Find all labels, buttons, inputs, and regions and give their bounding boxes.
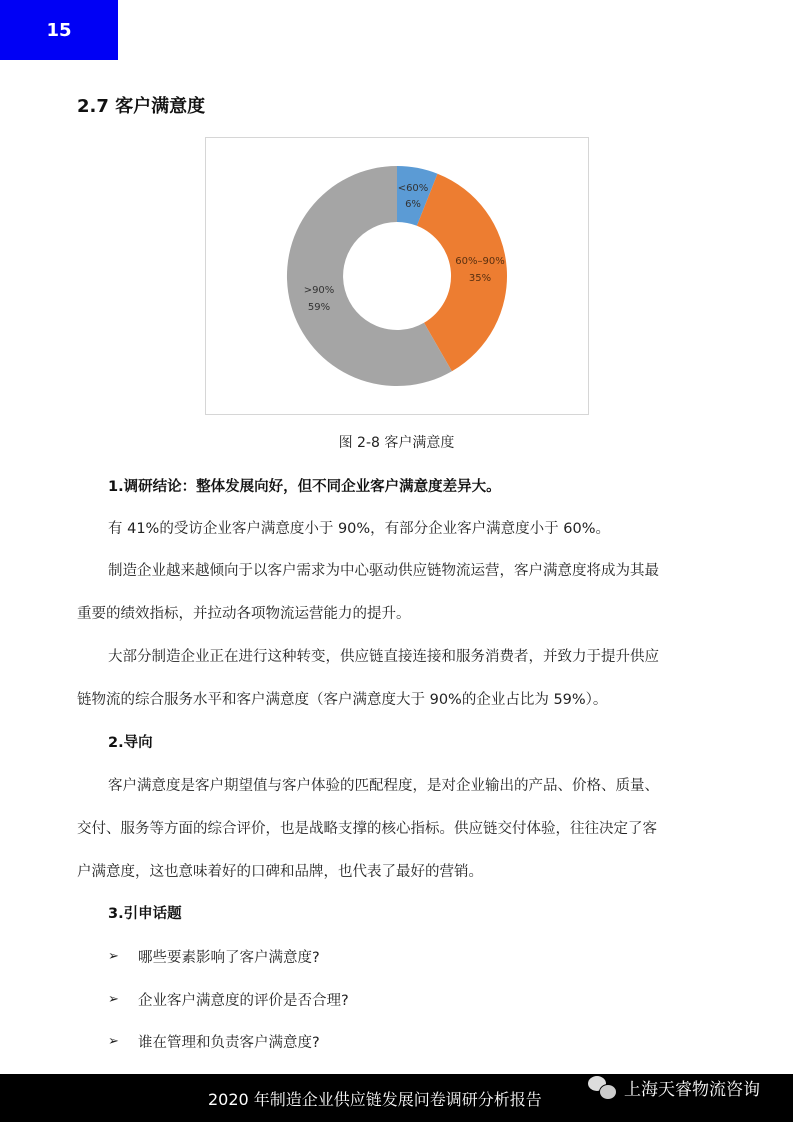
bullet-text: 谁在管理和负责客户满意度? [138,1031,320,1052]
label-60-90-val: 35% [469,273,491,284]
bullet-text: 哪些要素影响了客户满意度? [138,946,320,967]
label-gt90-cat: >90% [304,285,335,296]
arrow-bullet-icon: ➢ [108,992,138,1007]
footer-brand: 上海天睿物流咨询 [588,1075,760,1100]
arrow-bullet-icon: ➢ [108,1034,138,1049]
list-item: ➢ 谁在管理和负责客户满意度? [108,1031,320,1052]
brand-name: 上海天睿物流咨询 [624,1075,760,1100]
heading-survey-conclusion: 1.调研结论：整体发展向好，但不同企业客户满意度差异大。 [108,466,748,509]
heading-guidance: 2.导向 [108,722,748,765]
paragraph-4-line-1: 客户满意度是客户期望值与客户体验的匹配程度，是对企业输出的产品、价格、质量、 [108,765,748,808]
section-title: 2.7 客户满意度 [77,92,205,118]
page-number-badge: 15 [0,0,118,60]
label-gt90-val: 59% [308,302,330,313]
label-lt60-val: 6% [405,199,421,210]
figure-caption: 图 2-8 客户满意度 [0,432,793,452]
label-60-90-cat: 60%–90% [455,256,504,267]
page-number: 15 [46,20,71,41]
paragraph-4-line-3: 户满意度，这也意味着好的口碑和品牌，也代表了最好的营销。 [77,851,717,894]
donut-chart-svg: <60% 6% 60%–90% 35% >90% 59% [206,138,588,414]
heading-extended-topics: 3.引申话题 [108,893,748,936]
paragraph-2-line-1: 制造企业越来越倾向于以客户需求为中心驱动供应链物流运营，客户满意度将成为其最 [108,550,748,593]
wechat-icon [588,1076,618,1100]
label-lt60-cat: <60% [398,183,429,194]
list-item: ➢ 哪些要素影响了客户满意度? [108,946,320,967]
paragraph-3-line-1: 大部分制造企业正在进行这种转变，供应链直接连接和服务消费者，并致力于提升供应 [108,636,748,679]
bullet-text: 企业客户满意度的评价是否合理? [138,989,349,1010]
paragraph-1: 有 41%的受访企业客户满意度小于 90%，有部分企业客户满意度小于 60%。 [108,508,748,551]
paragraph-3-line-2: 链物流的综合服务水平和客户满意度（客户满意度大于 90%的企业占比为 59%）。 [77,679,717,722]
donut-chart: <60% 6% 60%–90% 35% >90% 59% [205,137,589,415]
paragraph-4-line-2: 交付、服务等方面的综合评价，也是战略支撑的核心指标。供应链交付体验，往往决定了客 [77,808,717,851]
footer-report-title: 2020 年制造企业供应链发展问卷调研分析报告 [208,1087,542,1110]
paragraph-2-line-2: 重要的绩效指标，并拉动各项物流运营能力的提升。 [77,593,717,636]
arrow-bullet-icon: ➢ [108,949,138,964]
list-item: ➢ 企业客户满意度的评价是否合理? [108,989,349,1010]
